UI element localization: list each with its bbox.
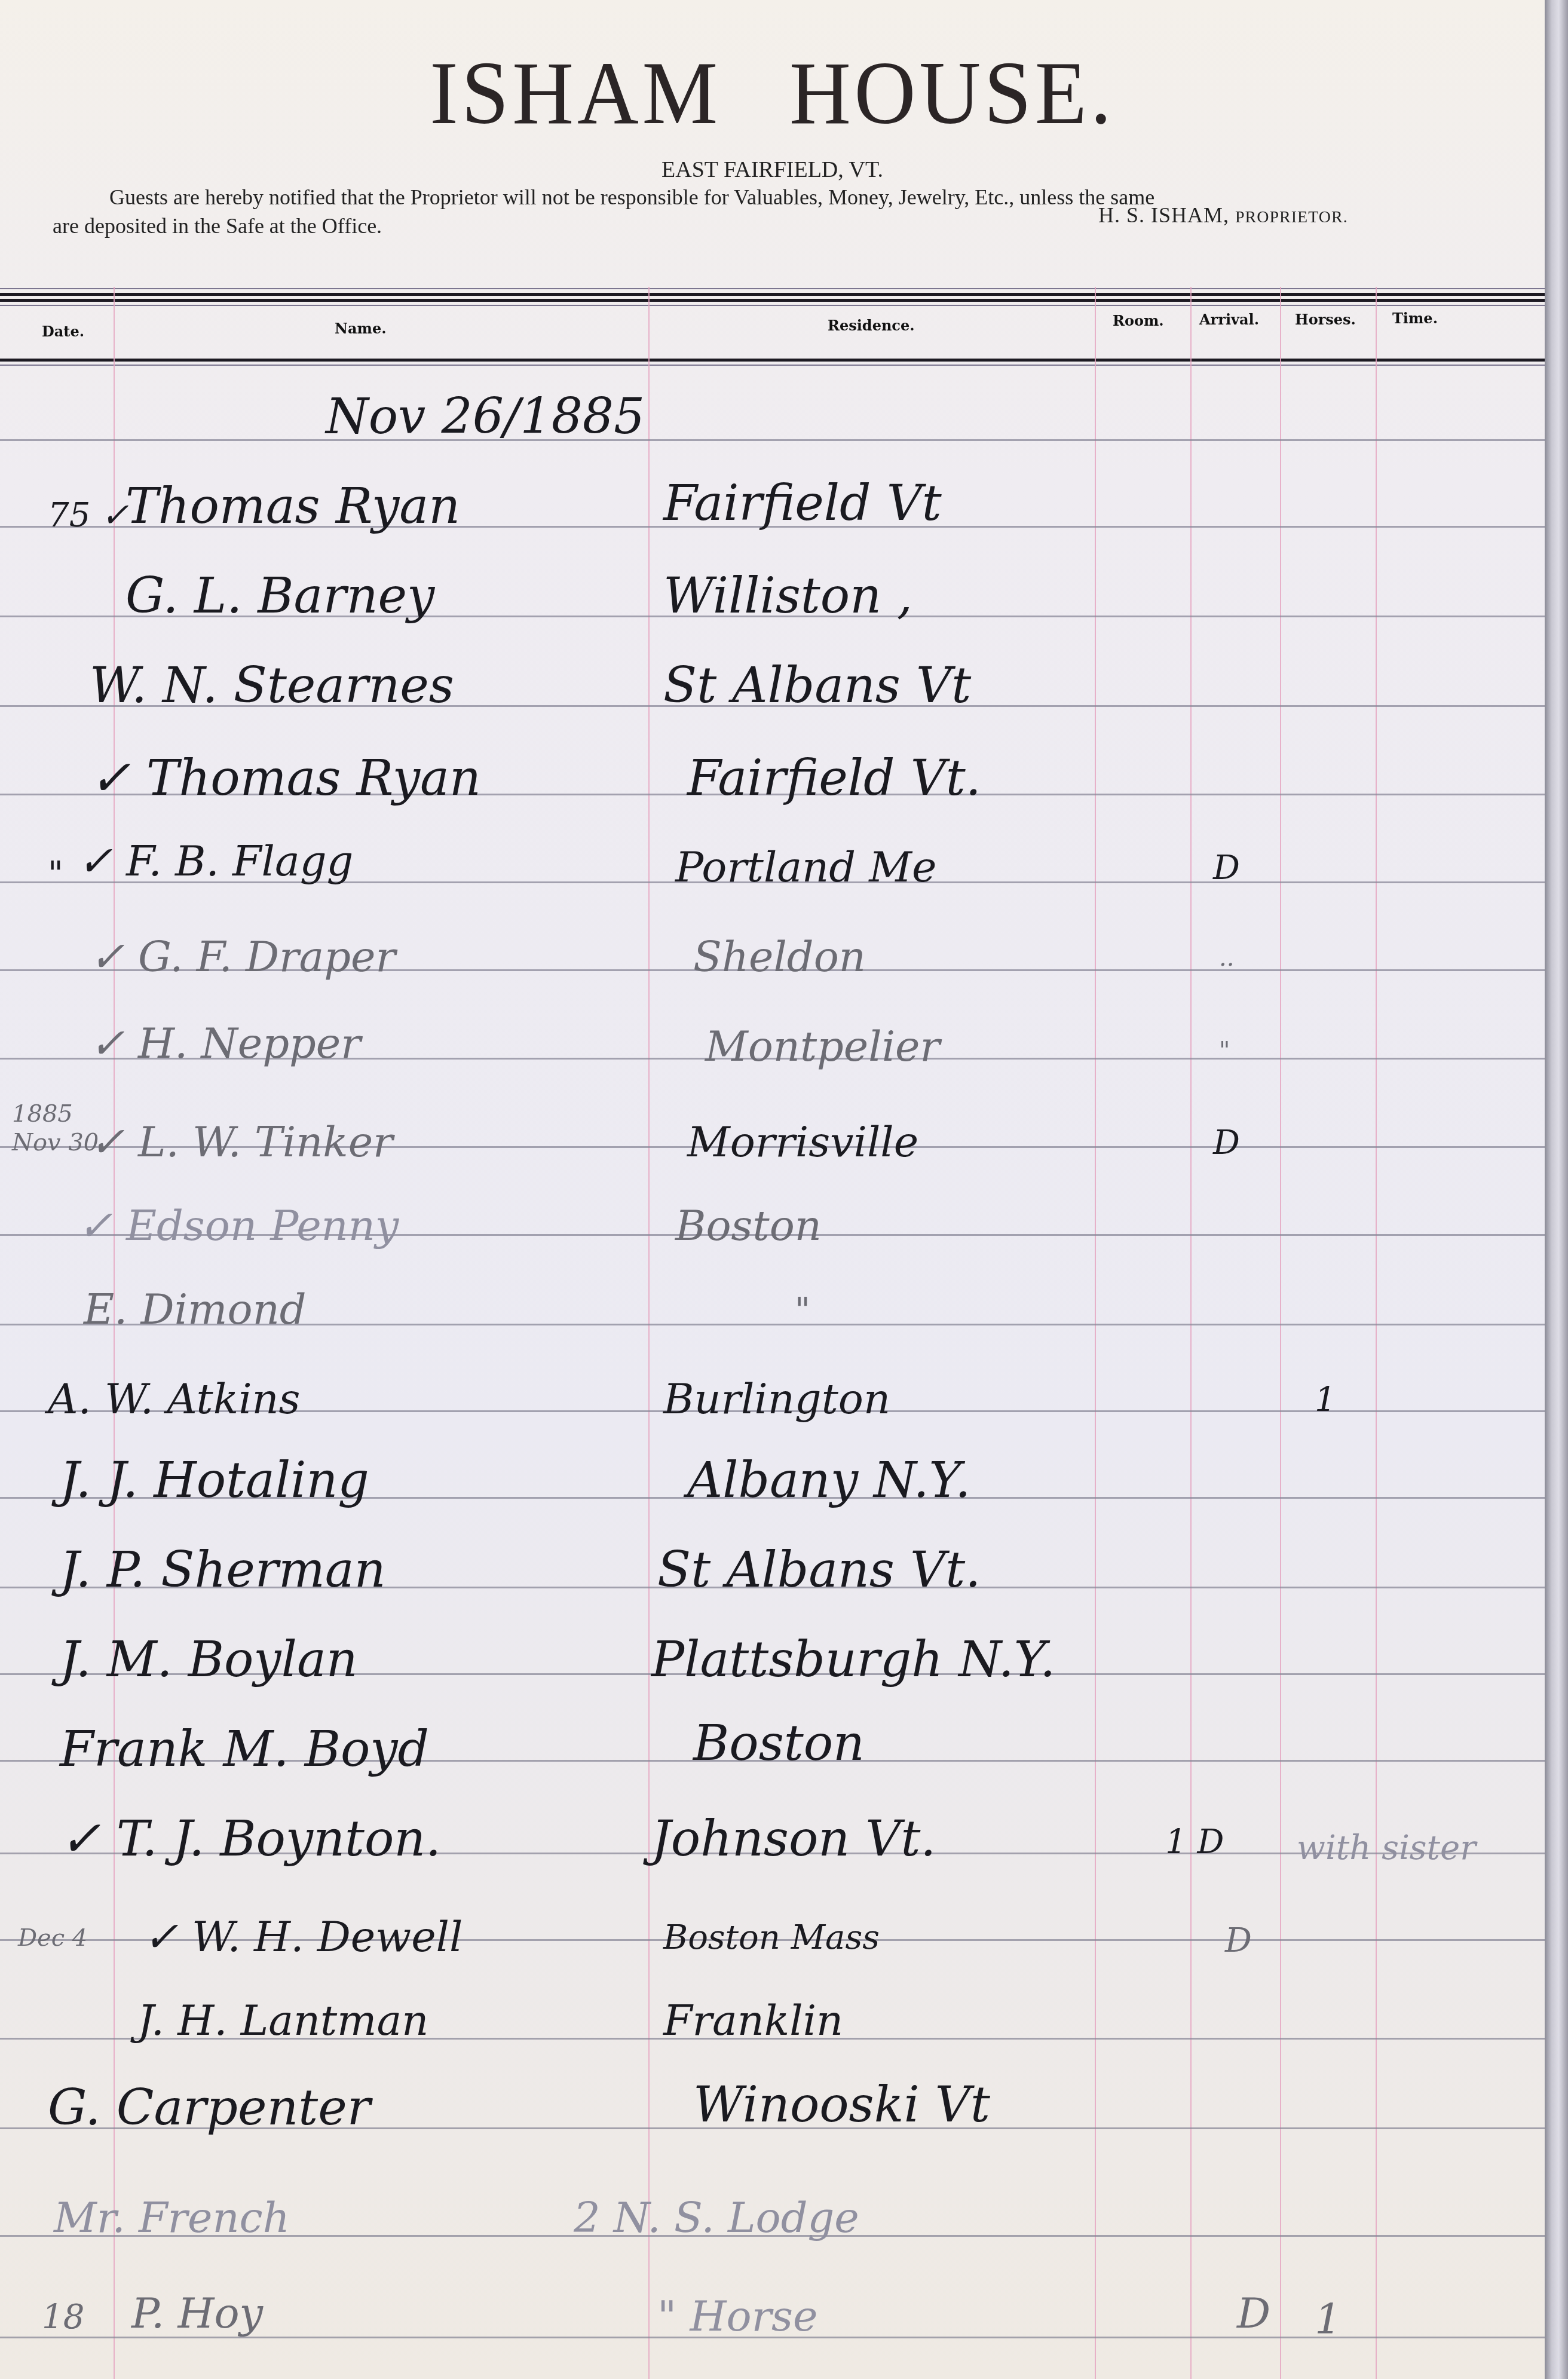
entry-name: J. P. Sherman bbox=[60, 1542, 386, 1599]
column-rule bbox=[1376, 287, 1377, 2379]
entry-residence: Boston bbox=[675, 1201, 822, 1250]
column-rule bbox=[1190, 287, 1192, 2379]
entry-name: Thomas Ryan bbox=[125, 478, 460, 535]
entry-residence: St Albans Vt bbox=[663, 657, 971, 714]
header-rule bbox=[0, 359, 1545, 362]
entry-residence: Franklin bbox=[663, 1996, 843, 2045]
notice-line-1: Guests are hereby notified that the Prop… bbox=[109, 182, 1154, 212]
entry-name: J. H. Lantman bbox=[137, 1996, 428, 2045]
entry-residence: Morrisville bbox=[687, 1117, 918, 1166]
row-rule bbox=[0, 439, 1545, 441]
entry-horses: 1 bbox=[1315, 2295, 1342, 2344]
column-header-arrival: Arrival. bbox=[1199, 311, 1259, 328]
entry-name: P. Hoy bbox=[131, 2289, 263, 2338]
entry-name: Frank M. Boyd bbox=[60, 1721, 429, 1778]
proprietor-title: PROPRIETOR. bbox=[1235, 208, 1348, 226]
entry-residence: Winooski Vt bbox=[693, 2077, 990, 2133]
column-header-name: Name. bbox=[335, 320, 387, 337]
column-header-room: Room. bbox=[1113, 312, 1164, 329]
entry-name: ✓ Thomas Ryan bbox=[90, 750, 481, 807]
entry-horses: 1 bbox=[1315, 1380, 1336, 1419]
entry-residence: " bbox=[795, 1291, 810, 1330]
entry-residence: Montpelier bbox=[705, 1022, 940, 1071]
book-spine bbox=[1545, 0, 1568, 2379]
column-header-residence: Residence. bbox=[828, 317, 915, 334]
entry-residence: 2 N. S. Lodge bbox=[574, 2193, 859, 2242]
column-header-time: Time. bbox=[1392, 310, 1438, 327]
entry-residence: Portland Me bbox=[675, 843, 936, 892]
entry-name: G. L. Barney bbox=[125, 568, 434, 624]
date-heading: Nov 26/1885 bbox=[326, 388, 645, 445]
entry-residence: Williston , bbox=[663, 568, 912, 624]
entry-name: A. W. Atkins bbox=[48, 1374, 301, 1423]
entry-name: E. Dimond bbox=[84, 1285, 307, 1334]
entry-name: Mr. French bbox=[54, 2193, 290, 2242]
entry-name: ✓ Edson Penny bbox=[78, 1201, 399, 1250]
entry-arrival: .. bbox=[1219, 944, 1234, 972]
entry-name: ✓ H. Nepper bbox=[90, 1019, 361, 1068]
entry-arrival: D bbox=[1225, 1921, 1252, 1960]
entry-name: ✓ G. F. Draper bbox=[90, 932, 396, 981]
entry-name: ✓ W. H. Dewell bbox=[143, 1912, 463, 1961]
entry-arrival: D bbox=[1213, 849, 1240, 887]
entry-arrival: 1 D bbox=[1165, 1823, 1224, 1861]
entry-name: W. N. Stearnes bbox=[90, 657, 454, 714]
column-header-date: Date. bbox=[42, 323, 84, 340]
entry-name: ✓ T. J. Boynton. bbox=[60, 1811, 441, 1867]
entry-date: Dec 4 bbox=[18, 1924, 87, 1952]
entry-name: G. Carpenter bbox=[48, 2080, 370, 2136]
entry-residence: Johnson Vt. bbox=[651, 1811, 936, 1867]
entry-residence: Boston Mass bbox=[663, 1918, 880, 1957]
entry-residence: Sheldon bbox=[693, 932, 866, 981]
column-rule bbox=[1095, 287, 1096, 2379]
column-rule bbox=[648, 287, 650, 2379]
entry-residence: " Horse bbox=[657, 2292, 817, 2341]
notice-line-2: are deposited in the Safe at the Office. bbox=[53, 211, 382, 241]
entry-name: ✓ L. W. Tinker bbox=[90, 1117, 393, 1166]
entry-date: 18 bbox=[42, 2298, 84, 2337]
entry-residence: Fairfield Vt. bbox=[687, 750, 981, 807]
register-page: ISHAMHOUSE. EAST FAIRFIELD, VT. Guests a… bbox=[0, 0, 1545, 2379]
entry-date: 75 ✓ bbox=[48, 496, 129, 535]
entry-arrival: D bbox=[1237, 2289, 1270, 2338]
entry-residence: Burlington bbox=[663, 1374, 890, 1423]
entry-name: J. J. Hotaling bbox=[60, 1452, 369, 1509]
entry-residence: St Albans Vt. bbox=[657, 1542, 981, 1599]
hotel-location: EAST FAIRFIELD, VT. bbox=[0, 157, 1545, 183]
column-header-row: Date. Name. Residence. Room. Arrival. Ho… bbox=[0, 281, 1545, 353]
entry-residence: Fairfield Vt bbox=[663, 475, 942, 532]
entry-date: " bbox=[48, 855, 63, 893]
proprietor-line: H. S. ISHAM, PROPRIETOR. bbox=[1098, 200, 1348, 232]
entry-arrival: " bbox=[1219, 1037, 1230, 1064]
title-word-isham: ISHAM bbox=[430, 44, 721, 143]
title-word-house: HOUSE. bbox=[789, 44, 1115, 143]
entry-name: J. M. Boylan bbox=[60, 1631, 358, 1688]
entry-name: ✓ F. B. Flagg bbox=[78, 837, 353, 886]
entry-arrival: D bbox=[1213, 1123, 1240, 1162]
hotel-title: ISHAMHOUSE. bbox=[39, 42, 1506, 145]
entry-note: with sister bbox=[1297, 1829, 1476, 1867]
entry-residence: Boston bbox=[693, 1715, 865, 1772]
proprietor-name: H. S. ISHAM, bbox=[1098, 203, 1235, 227]
column-header-horses: Horses. bbox=[1295, 311, 1356, 328]
entry-residence: Plattsburgh N.Y. bbox=[651, 1631, 1055, 1688]
entry-residence: Albany N.Y. bbox=[687, 1452, 970, 1509]
header-rule bbox=[0, 365, 1545, 366]
column-rule bbox=[1280, 287, 1281, 2379]
